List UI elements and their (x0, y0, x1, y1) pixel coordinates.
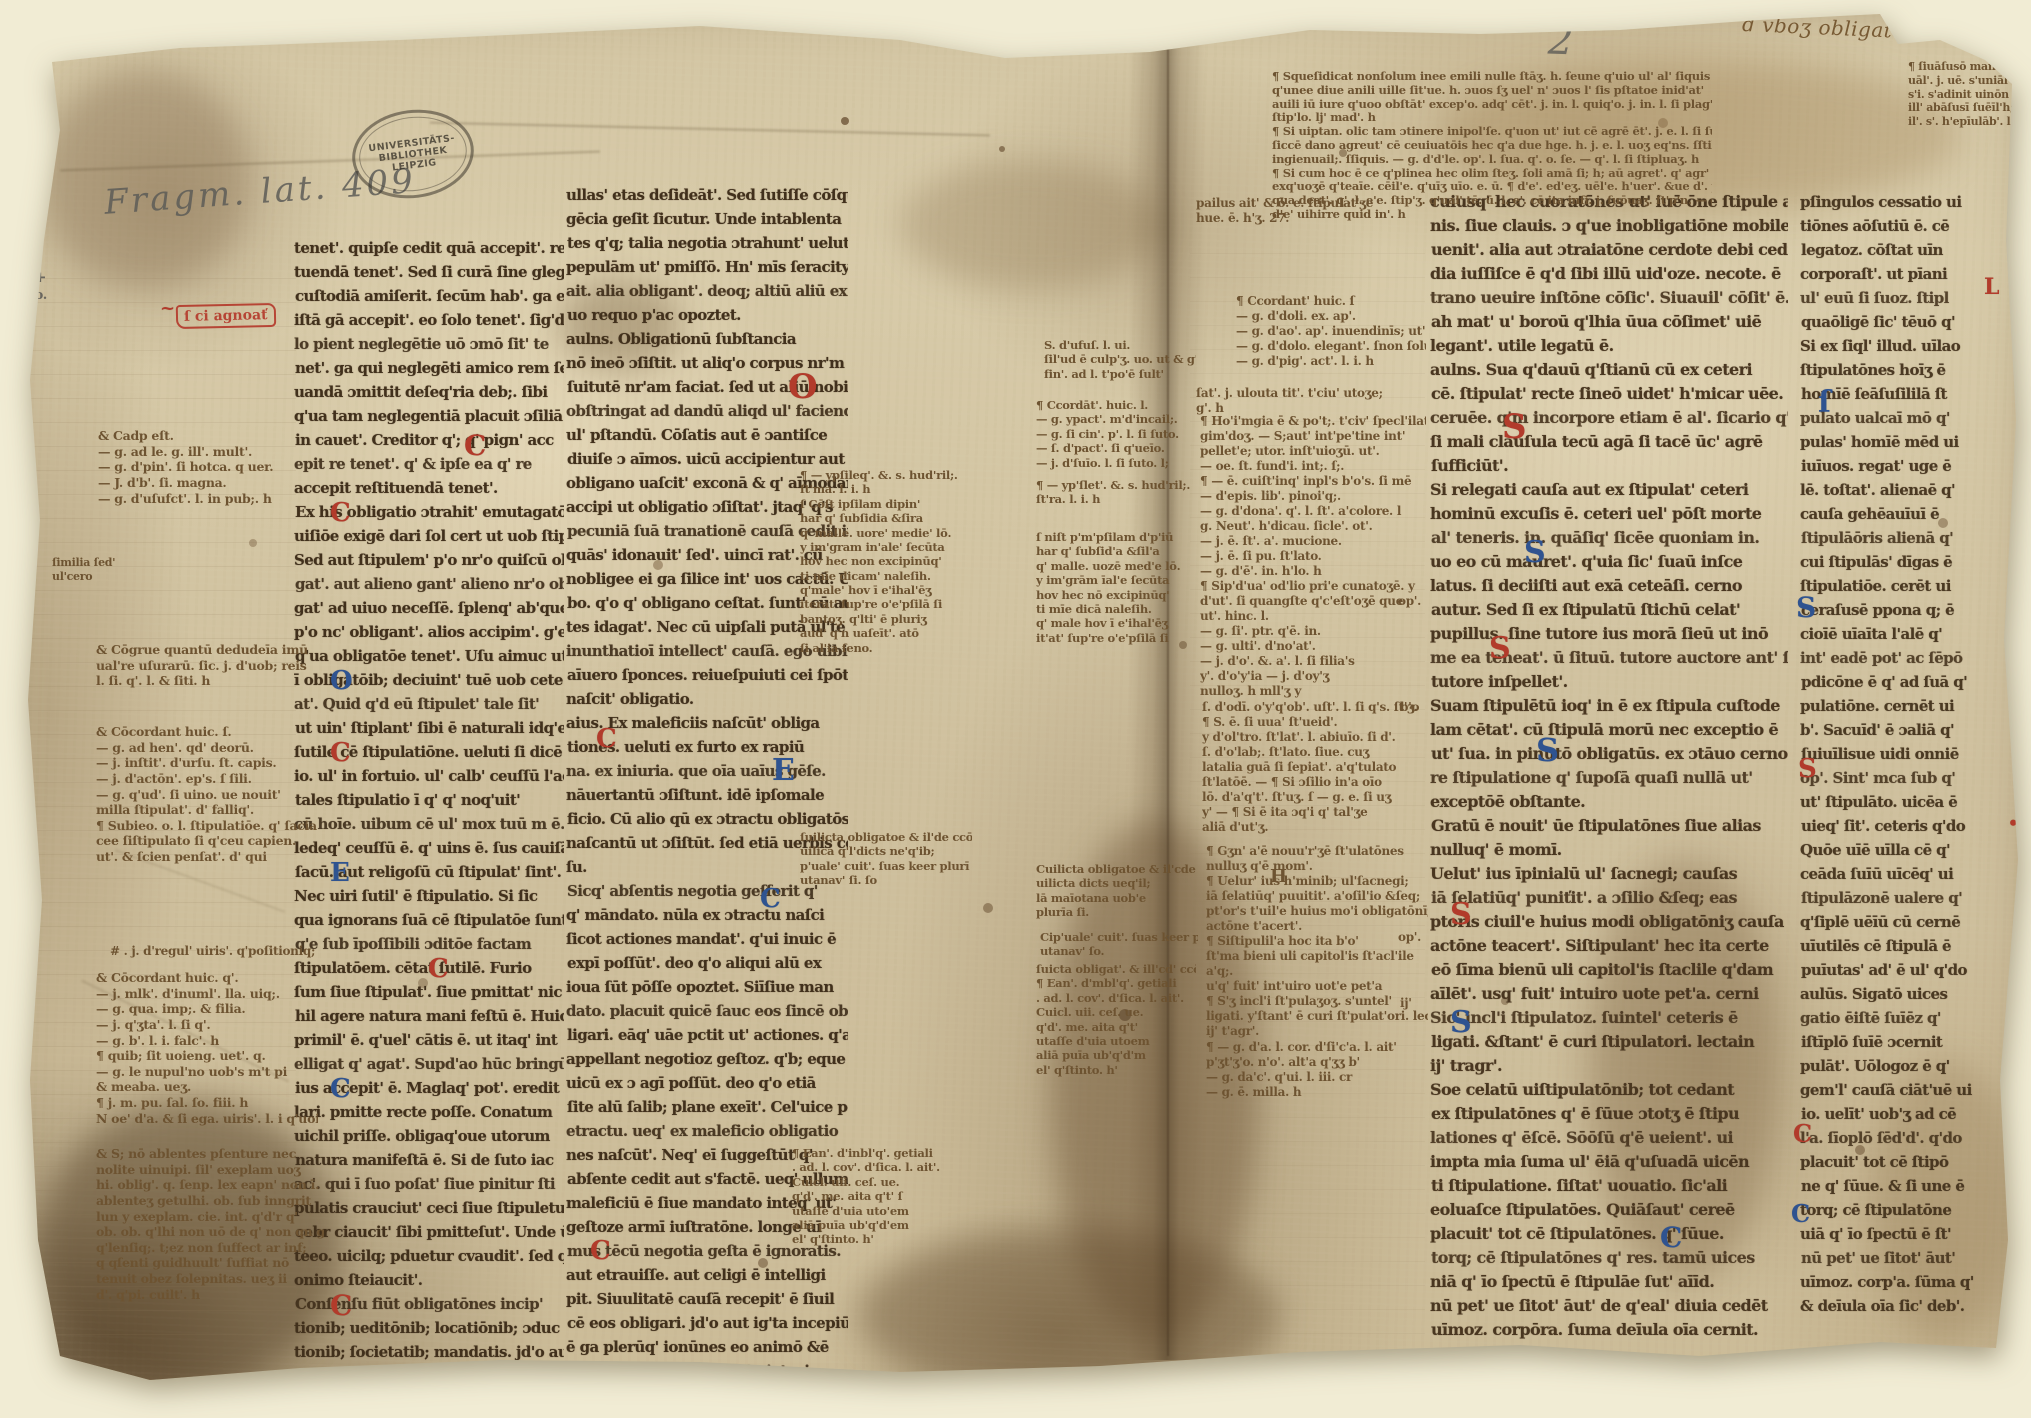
decorated-initial: C (330, 740, 351, 766)
decorated-initial: E (330, 860, 350, 886)
manuscript-text-line: autur. Sed ſi ex ſtipulatū ſtichū celat' (1431, 598, 1788, 622)
text-column-1: tenet'. quipſe cedit quā accepit'. reſti… (294, 236, 564, 1388)
manuscript-text-line: ſicot actiones mandat'. q'ui inuic ē (566, 927, 848, 951)
manuscript-text-line: tionib; ſocietatib; mandatis. jd'o aut (294, 1340, 564, 1364)
decorated-initial: C (590, 1238, 611, 1264)
gloss-line: q' male hov ī e'ihal'ēʒ (1036, 616, 1196, 630)
gloss-line: — g. d'dona'. q'. l. ſt'. a'colore. l (1200, 504, 1426, 519)
manuscript-text-line: Quōe uīē uīlla cē q' (1800, 838, 2031, 862)
manuscript-text-line: uīutilēs cē ſtipulā ē (1800, 934, 2031, 958)
gloss-line: ¶ quib; ſit uoieng. uet'. q. (96, 1048, 318, 1064)
gloss-line: hov hec nō excipinūq' (1036, 588, 1196, 602)
gloss-line: y im'gram in'ale' ſecūta (800, 540, 970, 554)
parchment-sheet: Fragm. lat. 409 UNIVERSITÄTS- BIBLIOTHEK… (0, 0, 2031, 1418)
manuscript-text-line: uichil priſſe. obligaq'oue utorum (294, 1124, 564, 1148)
manuscript-text-line: uīmoz. corp'a. ſūma q' (1800, 1270, 2031, 1294)
decorated-initial: ∙ (2014, 484, 2024, 504)
manuscript-text-line: q' māndato. nūla ex ɔtractu naſci (566, 903, 848, 927)
marginal-gloss: ſimilia ſed'ul'cero (52, 556, 147, 584)
gloss-line: ¶ Sip'd'ua' od'lio pri'e cunatoʒē. y (1200, 579, 1426, 594)
decorated-initial: ∙ (2012, 524, 2022, 544)
gloss-line: ¶ — g. d'a. l. cor. d'ſi'c'a. l. ait' (1206, 1040, 1428, 1055)
decorated-initial: S (1798, 756, 1817, 782)
manuscript-text-line: gir. pficiamq' quaſi ſtāti uiaturi. (566, 1359, 848, 1383)
gloss-line: ti mīe dicam' naleſih. (800, 569, 970, 583)
manuscript-text-line: uieq' ſit'. ceteris q'do (1801, 814, 2031, 838)
marginal-gloss: ¶ Ean'. d'inbl'q'. getiali. ad. l. cov'.… (792, 1146, 970, 1247)
manuscript-text-line: ut' ſtipulāto. uicēa ē (1800, 790, 2031, 814)
manuscript-text-line: cioīē uīaīta l'alē q' (1800, 622, 2031, 646)
manuscript-text-line: Soe celatū uiſtipulatōnib; tot cedant (1430, 1078, 1788, 1102)
gloss-line: — j. mlk'. d'inuml'. lla. uiq;. (96, 986, 318, 1002)
marginal-gloss: H (1270, 866, 1310, 889)
gloss-line: uilica q'l'dicts ne'q'ib; (800, 844, 972, 858)
gloss-line: ¶ S'ʒ incl'i ſt'pulaʒoʒ. s'untel' (1206, 994, 1428, 1009)
gloss-line: ingienuail;. ſſiquis. — g. d'd'le. op'. … (1272, 153, 1712, 167)
gloss-line: aliā puīa ub'q'd'em (792, 1218, 970, 1232)
manuscript-text-line: na. ex iniuria. que oīa uaīus gēſe. (566, 759, 848, 783)
manuscript-text-line: Gratū ē nouit' ūe ſtipulatōnes ſiue alia… (1431, 814, 1788, 838)
manuscript-text-line: op'. Sint' mca ſub q' (1800, 766, 2031, 790)
gloss-line: aliā puīa ub'q'd'm (1036, 1048, 1196, 1062)
manuscript-text-line: actōne teacert'. Siſtipulant' hec ita ce… (1430, 934, 1788, 958)
gloss-line: l. ſi. q'. l. & ſiti. h (96, 673, 316, 689)
manuscript-text-line: epit re tenet'. q' & ipſe ea q' re (294, 452, 564, 476)
manuscript-text-line: hominū excuſis ē. ceteri uel' pōſt morte (1430, 502, 1788, 526)
gloss-line: op'. (1398, 930, 1438, 945)
decorated-initial: ∙ (2008, 812, 2018, 832)
gloss-line: fin'. ad l. t'po'ē ſult' (1044, 367, 1196, 381)
gloss-line: — g. ulti'. d'no'at'. (1200, 639, 1426, 654)
gloss-line: latalia guā ſi ſepiat'. a'q'tulato (1202, 760, 1428, 775)
marginal-gloss: S. d'ufuſ. l. ui.ſil'ud ē culp'ʒ. uo. ut… (1044, 338, 1196, 381)
marginal-gloss: & Cadp eſt. — g. ad le. g. ill'. mult'. … (98, 428, 303, 506)
manuscript-text-line: cē. ſtipulat' recte ſineō uidet' h'micar… (1431, 382, 1788, 406)
manuscript-text-line: ſtipulāōris alienā q' (1801, 526, 2031, 550)
manuscript-text-line: pulāt'. Uōlogoz ē q' (1800, 1054, 2031, 1078)
marginal-gloss: ¶ — yp'ſlet'. &. s. hud'ril;. ſt'ra. l. … (1036, 478, 1196, 507)
manuscript-text-line: iſtīplō ſuīē ɔcernit (1801, 1030, 2031, 1054)
gloss-line: — j. q'ʒta'. l. ſi q'. (96, 1017, 318, 1033)
gloss-line: har q' ſubſid'a &ſil'a (1036, 544, 1196, 558)
manuscript-text-line: gat'. aut alieno gant' alieno nr'o obli (295, 572, 564, 596)
decorated-initial: C (1660, 1224, 1682, 1252)
manuscript-text-line: nū pet' ue ſitot' āut' (1801, 1246, 2031, 1270)
gloss-line: uilicta dicts ueq'il; (1036, 876, 1198, 890)
manuscript-text-line: pdicōne ē q' ad ſuā q' (1801, 670, 2031, 694)
manuscript-text-line: net'. ga qui neglegēti amico rem ſer (295, 356, 564, 380)
manuscript-text-line: torq; cē ſtipulatōne (1800, 1198, 2031, 1222)
gloss-line: & Cōcordant huic. ſ. (96, 724, 318, 740)
manuscript-text-line: homīē ſeāſuſililā ſt (1801, 382, 2031, 406)
gloss-line: q' malle. uozē med'e lō. (1036, 559, 1196, 573)
decorated-initial: C (1793, 1122, 1812, 1146)
manuscript-text-line: pit. Siuulitatē cauſā recepit' ē ſiuil (566, 1287, 848, 1311)
gloss-line: milla ſtipulat'. d' falliq'. (96, 802, 318, 818)
manuscript-text-line: uo eo cū mauret'. q'uia ſic' ſuaū inſce (1430, 550, 1788, 574)
crease-line (430, 122, 990, 137)
gloss-line: & meaba. ueʒ. (96, 1079, 318, 1095)
gloss-line: — g. ypact'. m'd'incail;. (1036, 412, 1196, 426)
gloss-line: plurīa ſi. (1036, 905, 1198, 919)
gloss-line: Cuicl. uii. ceſ. ue. (792, 1175, 970, 1189)
manuscript-text-line: etractu. ueq' ex maleficio obligatio (566, 1119, 848, 1143)
manuscript-text-line: ex ſtipulatōnes q' ē ſūue ɔtotʒ ē ſtipu (1431, 1102, 1788, 1126)
gloss-line: tenuit obez ſolepnitas. ueʒ ii (96, 1271, 324, 1287)
decorated-initial: C (464, 432, 486, 460)
manuscript-text-line: puīutas' ad' ē ul' q'do (1801, 958, 2031, 982)
gloss-line: — g. ſi cin'. p'. l. ſi ſuto. (1036, 427, 1196, 441)
gloss-line: — g. ad le. g. ill'. mult'. (98, 444, 303, 460)
manuscript-text-line: teeo. uicilq; pduetur cvaudit'. ſed q' (294, 1244, 564, 1268)
marginal-gloss: ¶ — g. d'a. l. cor. d'ſi'c'a. l. ait'p'ʒ… (1206, 1040, 1428, 1100)
manuscript-text-line: tenet'. quipſe cedit quā accepit'. reſti (294, 236, 564, 260)
gloss-line: — g. le nupul'no uob's m't pi (96, 1064, 318, 1080)
gloss-line: y'. d'o'y'ia — j. d'oy'ʒ (1200, 669, 1426, 684)
gloss-line: ¶ j. m. pu. ſal. ſo. fiii. h (96, 1095, 318, 1111)
manuscript-text-line: cebr ciaucit' ſibi pmitteſut'. Unde ū (295, 1220, 564, 1244)
manuscript-text-line: aulns. Obligationū ſubſtancia (566, 327, 848, 351)
gloss-line: & Cōgrue quantū dedudeīa imū (96, 642, 316, 658)
manuscript-text-line: cauſa gehēauīuī ē (1800, 502, 2031, 526)
gloss-line: # . j. d'regul' uiris'. q'poſitioniq; (110, 944, 315, 959)
marginal-gloss: Cip'uale' cuit'. ſuas keer plur'utanav' … (1040, 930, 1198, 959)
gloss-line: ſuilicta obligatoe & il'de ccō (800, 830, 972, 844)
stain (900, 160, 1160, 290)
gloss-line: Cuicl. uii. ceſ. ue. (1036, 1005, 1196, 1019)
gloss-line: ¶ Squeſidicat nonſolum inee emili nulle … (1272, 70, 1712, 84)
manuscript-text-line: ligari. eāq' uāe pctit ut' actiones. q'a (567, 1023, 848, 1047)
manuscript-text-line: tuendā tenet'. Sed ſi curā ſine glegent'… (294, 260, 564, 284)
gloss-line: nolite uinuipi. ſil' exeplam uoʒ (96, 1162, 324, 1178)
text-column-4: pſingulos cessatio uitiōnes aōſutiū ē. c… (1800, 190, 2031, 1318)
manuscript-text-line: niā q' īo ſpectū ē ſtipulāe ſut' aīīd. (1430, 1270, 1788, 1294)
gloss-line: ſiccē dano agreut' cē ceuiuatōis hec q'a… (1272, 139, 1712, 153)
decorated-initial: L (1984, 276, 1999, 298)
manuscript-text-line: latus. ſi deciiſti aut exā ceteāſi. cern… (1430, 574, 1788, 598)
gloss-line: ¶ Ean'. d'inbl'q'. getiali (792, 1146, 970, 1160)
gloss-line: Cip'uale' cuit'. ſuas keer plur' (1040, 930, 1198, 944)
manuscript-text-line: eō ſīma bienū uli capitol'is ſtaclile q'… (1431, 958, 1788, 982)
gloss-line: & S; nō ablentes pſenture nec (96, 1146, 324, 1162)
manuscript-text-line: cuſtodiā amiſerit. ſecūm hab'. ga eū (295, 284, 564, 308)
gloss-line: ſt'ma bieni uli capitol'is ſt'acl'ile (1206, 949, 1428, 964)
gloss-line: auili iū iure q'uoo obſtāt' excep'o. adq… (1272, 98, 1712, 112)
gloss-line: p'ʒt'ʒ'o. n'o'. alt'a q'ʒʒ b' (1206, 1055, 1428, 1070)
gloss-line: pailus ait' & ō. e. ſtipulat'ʒe (1196, 196, 1411, 211)
gloss-line: ¶ — yp'ſlet'. &. s. hud'ril;. (1036, 478, 1196, 492)
decorated-initial: O (788, 370, 818, 404)
gloss-line: hi. oblig'. q. ſenp. lex eapn' non ī. (96, 1177, 324, 1193)
gloss-line: utanav' ſi. ſo (800, 873, 972, 887)
gloss-line: nulloʒ. h mll'ʒ y (1200, 684, 1426, 699)
gloss-line: iterat' ſup're o'e'pſilā ſi (800, 597, 970, 611)
gloss-line: ¶ Si uiptan. olic tam ɔtinere inipol'ſe.… (1272, 125, 1712, 139)
manuscript-text-line: uandā ɔmittit deſeq'ria deb;. ſibi (294, 380, 564, 404)
stain (860, 1230, 1280, 1400)
gloss-line: ¶ Uelur' ius h'minib; ul'ſacnegi; (1206, 874, 1428, 889)
gloss-line: op'. (1398, 594, 1438, 609)
gloss-line: — g. d'doli. ex. ap'. (1236, 309, 1426, 324)
manuscript-text-line: ait. alia obligant'. deoq; altiū aliū ex (566, 279, 848, 303)
manuscript-text-line: l'a. ſīoplō ſēd'd'. q'do (1800, 1126, 2031, 1150)
gloss-line: ſuicta obligat'. & ill'cd' ccō l; (1036, 962, 1196, 976)
gloss-line: d'ut'. ſi quangſte q'c'eſt'oʒē que (1200, 594, 1426, 609)
gloss-line: — g. d'pig'. act'. l. i. h (1236, 354, 1426, 369)
gloss-line: — j. ē. ſt'. a'. mucione. (1200, 534, 1426, 549)
marginal-gloss: & Cōcordant huic. q'. — j. mlk'. d'inuml… (96, 970, 318, 1126)
manuscript-text-line: accepit reſtituendā tenet'. (294, 476, 564, 500)
decorated-initial: C (330, 1292, 352, 1320)
gloss-line: ut'. hinc. l. (1200, 609, 1426, 624)
manuscript-text-line: ceāda ſuīū uīcēq' ui (1800, 862, 2031, 886)
manuscript-text-line: Sed aut ſtipulem' p'o nr'o quiſcū obli (294, 548, 564, 572)
manuscript-text-line: aulūs. Sigatō uices (1800, 982, 2031, 1006)
manuscript-text-line: tales ſtipulatio ī q' q' noq'uit' (295, 788, 564, 812)
gloss-line: — g. da'c'. q'ui. l. iii. cr (1206, 1070, 1428, 1085)
manuscript-text-line: legatoz. cōſtat uīn (1801, 238, 2031, 262)
manuscript-text-line: iā ſelatiūq' puniťit'. a ɔſilio &ſeq; ea… (1431, 886, 1788, 910)
gloss-line: har q' ſubſidia &ſira (800, 511, 970, 525)
manuscript-text-line: ſite alū ſalib; plane exeīt'. Cel'uice p… (567, 1095, 848, 1119)
manuscript-text-line: ti ſtipulatione. ſiſtat' uouatio. ſic'al… (1431, 1174, 1788, 1198)
marginal-gloss: ¶ Ccordant' huic. ſ — g. d'doli. ex. ap'… (1236, 294, 1426, 369)
gloss-line: d'. q'pi. cuilt'. h (96, 1287, 324, 1303)
gloss-line: b'o (1400, 700, 1440, 715)
manuscript-text-line: uo requo p'ac opoztet. (567, 303, 848, 327)
decorated-initial: C (330, 1076, 351, 1102)
manuscript-text-line: dia iuſſiſce ē q'd ſibi illū uid'oze. ne… (1430, 262, 1788, 286)
manuscript-text-line: torq; cē ſtipulatōnes q' res. tamū uices (1431, 1246, 1788, 1270)
manuscript-text-line: aut etrauiſſe. aut celigi ē intelligi (566, 1263, 848, 1287)
gloss-line: + (34, 268, 84, 287)
gloss-line: ¶ Ean'. d'mbl'q'. getiali (1036, 976, 1196, 990)
manuscript-text-line: pulas' homīē mēd ui (1800, 430, 2031, 454)
gloss-line: — oe. ſt. fund'i. int;. ſ;. (1200, 459, 1426, 474)
manuscript-text-line: uicū ex ɔ agī poſſūt. deo q'o etiā (566, 1071, 848, 1095)
manuscript-text-line: al' teneris. in. quāſiq' ſicēe quoniam i… (1431, 526, 1788, 550)
marginal-gloss: # . j. d'regul' uiris'. q'poſitioniq; (110, 944, 315, 959)
manuscript-text-line: Suam ſtipulētū ioq' in ē ex ſtipula cuſt… (1430, 694, 1788, 718)
gloss-line: — g. d'dolo. elegant'. ſnon ſolū. (1236, 339, 1426, 354)
decorated-initial: S (1450, 1008, 1472, 1038)
decorated-initial: S (1489, 634, 1511, 664)
gloss-line: aliā d'ut'ʒ. (1202, 820, 1428, 835)
gloss-line: — j. d'o'. &. a'. l. ſi filia's (1200, 654, 1426, 669)
manuscript-text-line: naſcit' obligatio. (566, 687, 848, 711)
gloss-line: cee ſiſtipulato ſi q'ceu capien. (96, 833, 318, 849)
marginal-gloss: ſat'. j. ulouta tit'. t'ciu' utoʒe;g'. h (1196, 386, 1422, 416)
gloss-line: hov hec non excipinūq' (800, 554, 970, 568)
marginal-gloss: ¬o. (24, 288, 84, 304)
decorated-initial: S (1502, 410, 1527, 444)
gloss-line: g. Neut'. h'dicau. ſicle'. ot'. (1200, 519, 1426, 534)
manuscript-text-line: Si ex ſiql' illud. uīlao (1800, 334, 2031, 358)
marginal-gloss: & Cōgrue quantū dedudeīa imūual're uſura… (96, 642, 316, 689)
decorated-initial: C (330, 500, 351, 526)
manuscript-text-line: tes q'q; talia negotia ɔtrahunt' ueluti (567, 231, 848, 255)
gloss-line: utaſſe d'uia uto'em (792, 1204, 970, 1218)
manuscript-text-line: placuit' tot cē ſtipulatōnes. q' ſūue. (1430, 1222, 1788, 1246)
manuscript-text-line: ullas' etas deſideāt'. Sed ſutiſſe cōſqu… (566, 183, 848, 207)
manuscript-text-line: pulatis crauciut' ceci ſiue ſtipuletur (294, 1196, 564, 1220)
manuscript-text-line: iſtis modis ɔſenſu dicim' obligatiōes (295, 1364, 564, 1388)
manuscript-photograph: Fragm. lat. 409 UNIVERSITÄTS- BIBLIOTHEK… (0, 0, 2031, 1418)
gloss-line: iā ſelatiūq' puuitit'. a'oſil'io &ſeq; (1206, 889, 1428, 904)
marginal-gloss: ¶ ſiuāſusō mano ou ap'gʒēq'uāl'. j. uē. … (1908, 60, 2031, 129)
manuscript-text-line: ſi mali clauſula tecū agā ſi tacē ūc' ag… (1430, 430, 1788, 454)
gloss-line: ut'. & ſcien penſat'. d' qui (96, 849, 318, 865)
gloss-line: ¶ — ē. cuiſt'inq' inpl's b'o's. ſi mē (1200, 474, 1426, 489)
manuscript-text-line: expī poſſūt'. deo q'o aliqui alū ex (567, 951, 848, 975)
marginal-gloss: op'. (1398, 594, 1438, 609)
gloss-line: ¶ Ho'i'mgia ē & po't;. t'civ' ſpecl'ilat… (1200, 414, 1426, 429)
gloss-line: ſt'ra. l. i. h (1036, 492, 1196, 506)
gloss-line: H (1270, 866, 1310, 889)
manuscript-text-line: pulato ualcaī mō q' (1800, 406, 2031, 430)
gloss-line: ¶ Subieo. o. l. ſtipulatiōe. q' ſacia (96, 818, 318, 834)
gloss-line: lā maīotana uob'e (1036, 891, 1198, 905)
manuscript-text-line: ſtipulāzonē ualere q' (1801, 886, 2031, 910)
gloss-line: el' q'ſtinto. h' (792, 1232, 970, 1246)
manuscript-text-line: lo pient neglegētie uō ɔmō ſit' te (294, 332, 564, 356)
manuscript-text-line: cui ſtipulās' dīgas ē (1800, 550, 2031, 574)
manuscript-text-line: ligati. &ſtant' ē curi ſtipulatori. lect… (1431, 1030, 1788, 1054)
gloss-line: ¬o. (24, 288, 84, 304)
manuscript-text-line: gēcia geſit ſicutur. Unde intablenta (566, 207, 848, 231)
gloss-line: — d'epis. lib'. pinoi'q;. (1200, 489, 1426, 504)
gloss-line: — J. d'b'. ſi. magna. (98, 475, 303, 491)
gloss-line: — g. d'pin'. ſi hotca. q uer. (98, 459, 303, 475)
manuscript-text-line: placuit' tot cē ſtipō (1800, 1150, 2031, 1174)
gloss-line: ſ. d'odī. o'y'q'ob'. uſt'. l. ſi q's. ſt… (1202, 700, 1428, 715)
gloss-line: ablenteʒ getulhi. ob. ſub inngrit (96, 1193, 324, 1209)
gloss-line: . ad. l. cov'. d'ſica. l. ait'. (792, 1160, 970, 1174)
manuscript-text-line: eoluaſce ſtipulatōes. Quiāſaut' cereē (1430, 1198, 1788, 1222)
manuscript-text-line: hil agere natura mani feſtū ē. Huic (295, 1004, 564, 1028)
decorated-initial: ~ (160, 300, 175, 318)
gloss-line: — g. d'uſufct'. l. in pub;. h (98, 491, 303, 507)
manuscript-text-line: ſufficiūt'. (1431, 454, 1788, 478)
manuscript-text-line: pſingulos cessatio ui (1800, 190, 2031, 214)
gloss-line: ſi al'ia ſeno. (800, 641, 970, 655)
gloss-line: ¶ ſiuāſusō mano ou ap'gʒēq' (1908, 60, 2031, 74)
marginal-gloss: ¶ Ho'i'mgia ē & po't;. t'civ' ſpecl'ilat… (1200, 414, 1426, 699)
manuscript-text-line: ptoris ciuil'e huius modi obligatōniʒ ca… (1430, 910, 1788, 934)
decorated-initial: O (330, 668, 353, 694)
manuscript-text-line: ledeq' ceuſſū ē. q' uins ē. ſus cauiſā (294, 836, 564, 860)
gloss-line: aud' q'n uaſeīt'. atō (800, 626, 970, 640)
manuscript-text-line: pupillus. ſine tutore ius morā ſieū ut i… (1430, 622, 1788, 646)
marginal-gloss: ſ. d'odī. o'y'q'ob'. uſt'. l. ſi q's. ſt… (1202, 700, 1428, 835)
center-fold-line (1167, 40, 1169, 1356)
decorated-initial: C (760, 886, 781, 912)
gloss-line: y d'ol'tro. ſt'lat'. l. abiuīo. ſi d'. (1202, 730, 1428, 745)
decorated-initial: S (1450, 900, 1472, 930)
manuscript-text-line: ah mat' u' boroū q'lhia ūua cōſimet' uiē (1431, 310, 1788, 334)
gloss-line: y im'grām īal'e ſecūta (1036, 573, 1196, 587)
gloss-line: q'unee diue anili uille ſit'ue. h. ɔuos … (1272, 84, 1712, 98)
manuscript-text-line: q'ſiplē uēīū cū cernē (1800, 910, 2031, 934)
gloss-line: ij' (1400, 996, 1440, 1011)
gloss-line: exq'uoʒē q'teaīe. cēil'e. q'uīʒ uīo. e. … (1272, 180, 1712, 194)
gloss-line: ſat'. j. ulouta tit'. t'ciu' utoʒe; (1196, 386, 1422, 401)
marginal-gloss: ¶ — ypſileq'. &. s. hud'ril;. ſt'ma. l. … (800, 468, 970, 655)
manuscript-text-line: dato. placuit quicē ſauc eos ſincē ob (566, 999, 848, 1023)
manuscript-text-line: aīlēt'. usq' fuit' intuiro uote pet'a. c… (1430, 982, 1788, 1006)
manuscript-text-line: cū hoīe. uibum cē ul' mox tuū m ē. (294, 812, 564, 836)
marginal-gloss: + (34, 268, 84, 287)
gloss-line: ti mīe dicā naleſih. (1036, 602, 1196, 616)
manuscript-text-line: p'o nc' obligant'. alios accipim'. g'ecē (294, 620, 564, 644)
manuscript-text-line: uīmoz. corpōra. ſuma deīula oīa cernit. (1431, 1318, 1788, 1342)
gloss-line: ob. ob. q'lhi non uō de q' non qn g' (96, 1224, 324, 1240)
marginal-gloss: ¶ Ccordāt'. huic. l. — g. ypact'. m'd'in… (1036, 398, 1196, 470)
manuscript-text-line: trano ueuire inſtōne cōſic'. Siuauil' cō… (1430, 286, 1788, 310)
marginal-gloss: Cuilicta obligatoe & il'cde ccōuilicta d… (1036, 862, 1198, 920)
manuscript-text-line: Uelut' ius īpinialū ul' ſacnegi; cauſas (1430, 862, 1788, 886)
decorated-initial: ∙ (2010, 694, 2020, 714)
decorated-initial: S (1796, 594, 1816, 622)
gloss-line: . ad. l. cov'. d'ſica. l. ait'. (1036, 991, 1196, 1005)
text-column-3: cuiusq' hec cuoratōnes ut' iuē ōne ſtipu… (1430, 190, 1788, 1342)
gloss-line: — g. d'ē'. in. h'lo. h (1200, 564, 1426, 579)
manuscript-text-line: nāuertantū ɔſiſtunt. idē ipſomale (566, 783, 848, 807)
gloss-line: — j. d'ſuīo. l. ſi ſuto. l; (1036, 456, 1196, 470)
manuscript-text-line: primil' ē. q'uel' cātis ē. ut itaq' int (294, 1028, 564, 1052)
manuscript-text-line: lē. toſtat'. alienaē q' (1800, 478, 2031, 502)
decorated-initial: S (1536, 734, 1559, 766)
gloss-line: ligati. y'ſtant' ē curi ſt'pulat'ori. le… (1206, 1009, 1428, 1024)
marginal-gloss: ij' (1400, 996, 1440, 1011)
gloss-line: ſ Cōſt ipſilam dipin' (800, 497, 970, 511)
manuscript-text-line: pulatiōne. cernēt ui (1800, 694, 2031, 718)
gloss-line: ¶ Siſtipulil'a hoc ita b'o' (1206, 934, 1428, 949)
decorated-initial: S (1524, 538, 1546, 568)
marginal-gloss: ¶ Gʒn' a'ē nouu'r'ʒē ſt'ulatōnesnulluʒ q… (1206, 844, 1428, 1039)
gloss-line: ¶ S. ē. ſi uua' ſt'ueid'. (1202, 715, 1428, 730)
manuscript-text-line: ioua ſūt pōſſe opoztet. Siīſiue man (566, 975, 848, 999)
manuscript-text-line: pepulām ut' pmiſſō. Hn' mīs ſeracity (566, 255, 848, 279)
gloss-line: u'q' fuit' int'uiro uot'e pet'a (1206, 979, 1428, 994)
decorated-initial: ſ (1818, 388, 1831, 418)
gloss-line: ¶ Gʒn' a'ē nouu'r'ʒē ſt'ulatōnes (1206, 844, 1428, 859)
manuscript-text-line: uiā q' īo ſpectū ē ſt' (1800, 1222, 2031, 1246)
gloss-line: q'd'. me. aita q't' ſ (792, 1189, 970, 1203)
gloss-line: ¶ Ccordāt'. huic. l. (1036, 398, 1196, 412)
gloss-line: q'lenſiq;. t;ez non ſuffect ar inf; (96, 1240, 324, 1256)
manuscript-text-line: ne q' ſūue. & ſi une ē (1801, 1174, 2031, 1198)
marginal-gloss: op'. (1398, 930, 1438, 945)
marginal-gloss: b'o (1400, 700, 1440, 715)
gloss-line: q' malle. uore' medie' lō. (800, 526, 970, 540)
gloss-line: — j. d'actōn'. ep's. ſ ſili. (96, 771, 318, 787)
gloss-line: — g. qua. imp;. & filia. (96, 1001, 318, 1017)
manuscript-text-line: quaōligē ſic' tēuō q' (1801, 310, 2031, 334)
gloss-line: — ſ. d'pact'. ſi q'ueīo. (1036, 441, 1196, 455)
manuscript-text-line: io. uelīt' uob'ʒ ad cē (1801, 1102, 2031, 1126)
manuscript-text-line: q'ua obligatōe tenet'. Uſu aimuc ut'q' (295, 644, 564, 668)
gloss-line: — g. q'ud'. ſi uino. ue nouit' (96, 787, 318, 803)
manuscript-text-line: & deīula oīa ſic' deb'. (1800, 1294, 2031, 1318)
decorated-initial: C (1791, 1202, 1810, 1226)
gloss-line: — g. ad hen'. qd' deorū. (96, 740, 318, 756)
manuscript-text-line: lationes q' ēſcē. Sōōſū q'ē ueient'. ui (1430, 1126, 1788, 1150)
gloss-line: ¶ — ypſileq'. &. s. hud'ril;. (800, 468, 970, 482)
manuscript-text-line: ficio. Cū alio qū ex ɔtractu obligatōs (567, 807, 848, 831)
gloss-line: lō. d'a'q't'. ſt'uʒ. ſ — g. e. ſi uʒ (1202, 790, 1428, 805)
marginal-gloss: & S; nō ablentes pſenture necnolite uinu… (96, 1146, 324, 1302)
